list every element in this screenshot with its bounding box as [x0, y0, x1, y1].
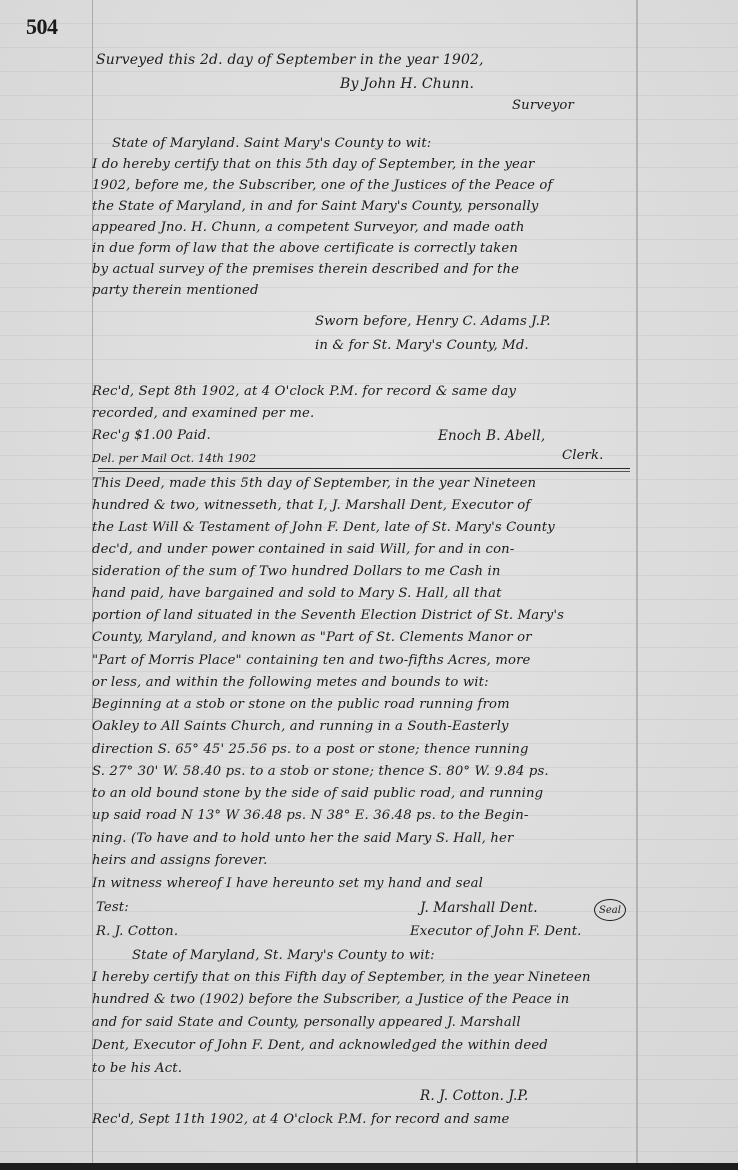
- deed-line-8: County, Maryland, and known as "Part of …: [92, 630, 532, 645]
- seal-mark: Seal: [594, 899, 626, 921]
- deed-line-10: or less, and within the following metes …: [92, 675, 489, 690]
- survey-line-1: Surveyed this 2d. day of September in th…: [96, 52, 484, 68]
- ack-line-5: Dent, Executor of John F. Dent, and ackn…: [92, 1038, 548, 1053]
- section-divider: [98, 468, 630, 469]
- clerk-title: Clerk.: [562, 448, 604, 463]
- survey-line-2: By John H. Chunn.: [340, 76, 474, 92]
- oath-line-2: I do hereby certify that on this 5th day…: [92, 157, 534, 172]
- deed-line-6: hand paid, have bargained and sold to Ma…: [92, 586, 502, 601]
- deed-line-4: dec'd, and under power contained in said…: [92, 542, 514, 557]
- ack-line-3: hundred & two (1902) before the Subscrib…: [92, 992, 569, 1007]
- survey-line-3: Surveyor: [512, 98, 574, 113]
- deed-line-1: This Deed, made this 5th day of Septembe…: [92, 476, 536, 491]
- deed-line-3: the Last Will & Testament of John F. Den…: [92, 520, 555, 535]
- deed-line-13: direction S. 65° 45' 25.56 ps. to a post…: [92, 742, 529, 757]
- grantor-signature: J. Marshall Dent.: [420, 900, 538, 916]
- oath-line-4: the State of Maryland, in and for Saint …: [92, 199, 538, 214]
- deed-line-16: up said road N 13° W 36.48 ps. N 38° E. …: [92, 808, 529, 823]
- deed-line-18: heirs and assigns forever.: [92, 853, 267, 868]
- left-margin-line: [92, 0, 93, 1163]
- deed-line-11: Beginning at a stob or stone on the publ…: [92, 697, 510, 712]
- clerk-signature: Enoch B. Abell,: [438, 428, 545, 444]
- deed-line-9: "Part of Morris Place" containing ten an…: [92, 653, 531, 668]
- oath-line-1: State of Maryland. Saint Mary's County t…: [112, 136, 431, 151]
- deed-line-17: ning. (To have and to hold unto her the …: [92, 831, 513, 846]
- record-1-line-1: Rec'd, Sept 8th 1902, at 4 O'clock P.M. …: [92, 384, 516, 399]
- delivered-note: Del. per Mail Oct. 14th 1902: [92, 452, 256, 465]
- oath-line-3: 1902, before me, the Subscriber, one of …: [92, 178, 553, 193]
- witness-whereof: In witness whereof I have hereunto set m…: [92, 876, 483, 891]
- oath-line-8: party therein mentioned: [92, 283, 259, 298]
- ack-line-2: I hereby certify that on this Fifth day …: [92, 970, 591, 985]
- record-2-line-1: Rec'd, Sept 11th 1902, at 4 O'clock P.M.…: [92, 1112, 509, 1127]
- ack-line-1: State of Maryland, St. Mary's County to …: [132, 948, 435, 963]
- deed-line-5: sideration of the sum of Two hundred Dol…: [92, 564, 501, 579]
- record-fee: Rec'g $1.00 Paid.: [92, 428, 211, 443]
- right-margin-line: [636, 0, 638, 1163]
- sworn-county: in & for St. Mary's County, Md.: [315, 338, 529, 353]
- test-label: Test:: [96, 900, 129, 915]
- justice-signature: R. J. Cotton. J.P.: [420, 1088, 528, 1104]
- oath-line-6: in due form of law that the above certif…: [92, 241, 518, 256]
- witness-signature: R. J. Cotton.: [96, 924, 178, 939]
- bottom-edge: [0, 1163, 738, 1170]
- deed-line-12: Oakley to All Saints Church, and running…: [92, 719, 509, 734]
- grantor-title: Executor of John F. Dent.: [410, 924, 582, 939]
- ledger-page: 504 Surveyed this 2d. day of September i…: [0, 0, 738, 1170]
- ack-line-6: to be his Act.: [92, 1061, 182, 1076]
- oath-line-5: appeared Jno. H. Chunn, a competent Surv…: [92, 220, 525, 235]
- section-divider-double: [98, 471, 630, 472]
- sworn-before: Sworn before, Henry C. Adams J.P.: [315, 314, 551, 329]
- deed-line-7: portion of land situated in the Seventh …: [92, 608, 564, 623]
- ack-line-4: and for said State and County, personall…: [92, 1015, 521, 1030]
- deed-line-14: S. 27° 30' W. 58.40 ps. to a stob or sto…: [92, 764, 549, 779]
- oath-line-7: by actual survey of the premises therein…: [92, 262, 519, 277]
- deed-line-15: to an old bound stone by the side of sai…: [92, 786, 543, 801]
- record-1-line-2: recorded, and examined per me.: [92, 406, 314, 421]
- page-number: 504: [26, 14, 58, 40]
- deed-line-2: hundred & two, witnesseth, that I, J. Ma…: [92, 498, 530, 513]
